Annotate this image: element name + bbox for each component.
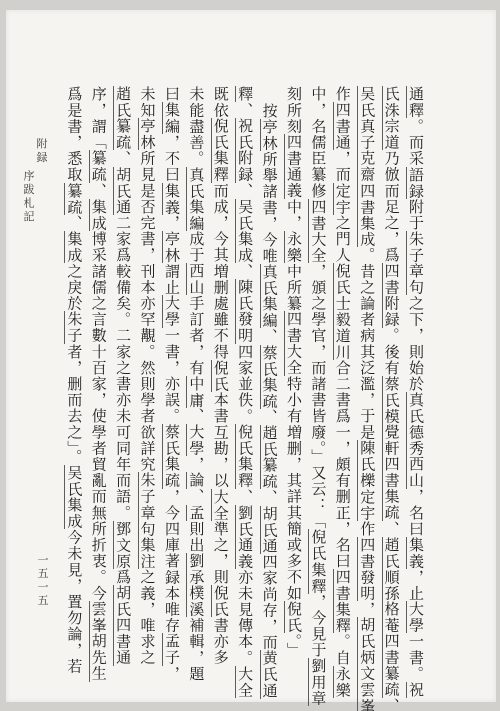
proper-name-segment: 劉氏 bbox=[235, 505, 252, 537]
proper-name-segment: 樸溪 bbox=[186, 585, 203, 617]
proper-name-segment: 永樂 bbox=[284, 231, 301, 263]
proper-name-segment: 纂疏 bbox=[89, 150, 106, 182]
proper-name-segment: 集編 bbox=[186, 199, 203, 231]
proper-name-segment: 四書大全 bbox=[308, 199, 325, 263]
text-segment: 、 bbox=[114, 150, 130, 166]
text-column: 氏洙宗道乃倣而足之，爲四書附録。後有蔡氏模覺軒四書集疏、趙氏順孫格菴四書纂疏、 bbox=[378, 86, 402, 710]
proper-name-segment: 集成 bbox=[235, 231, 252, 263]
text-segment: 、 bbox=[383, 521, 399, 537]
proper-name-segment: 集釋 bbox=[211, 150, 228, 182]
margin-subsection-label: 序跋札記 bbox=[20, 170, 36, 224]
text-segment: 。後有 bbox=[383, 328, 399, 376]
page-number: 一五一五 bbox=[34, 554, 50, 608]
proper-name-segment: 發明 bbox=[235, 311, 252, 343]
proper-name-segment: 倪氏 bbox=[211, 118, 228, 150]
proper-name-segment: 通 bbox=[113, 199, 130, 215]
proper-name-segment: 集注 bbox=[138, 537, 155, 569]
proper-name-segment: 真氏 bbox=[260, 264, 277, 296]
text-segment: 中所纂 bbox=[285, 263, 301, 311]
text-segment: 亦未見傳本。 bbox=[236, 569, 252, 666]
proper-name-segment: 朱子 bbox=[64, 311, 81, 343]
text-column: 未知亭林所見是否完書，刊本亦罕覯。然則學者欲詳究朱子章句集注之義，唯求之 bbox=[134, 86, 158, 710]
text-column: 刻所刻四書通義中，永樂中所纂四書大全特小有増删，其詳其簡或多不如倪氏。」 bbox=[281, 86, 305, 710]
text-segment: 、 bbox=[187, 489, 203, 505]
text-segment: 、 bbox=[187, 408, 203, 424]
proper-name-segment: 雲峯 bbox=[357, 682, 374, 711]
proper-name-segment: 胡先生 bbox=[89, 633, 106, 681]
scanned-book-page: 附録 序跋札記 一五一五 通釋。而采語録附于朱子章句之下，則始於真氏德秀西山，名… bbox=[6, 10, 496, 702]
proper-name-segment: 四書集成 bbox=[357, 183, 374, 247]
text-column: 未能盡善。真氏集編成于西山手訂者，有中庸、大學，論、孟則出劉承樸溪補輯，題 bbox=[183, 86, 207, 710]
text-segment: 未知 bbox=[139, 86, 155, 118]
proper-name-segment: 集釋 bbox=[308, 562, 325, 594]
text-segment: 按 bbox=[261, 103, 277, 119]
text-segment: 所見是否完書，刊本亦罕覯。然則學者欲詳究 bbox=[139, 150, 155, 472]
proper-name-segment: 纂疏 bbox=[260, 457, 277, 489]
text-column: 中，名儒臣纂修四書大全，頒之學官，而諸書皆廢。」又云：「倪氏集釋，今見于劉用章 bbox=[305, 86, 329, 710]
proper-name-segment: 蔡氏模 bbox=[382, 376, 399, 424]
proper-name-segment: 倪氏士毅 bbox=[333, 263, 350, 327]
text-segment: 、 bbox=[236, 183, 252, 199]
proper-name-segment: 趙氏 bbox=[113, 86, 130, 118]
text-segment: 而成，今其増删處雖不得 bbox=[212, 183, 228, 360]
proper-name-segment: 祝氏 bbox=[235, 118, 252, 150]
text-segment: 則出 bbox=[187, 521, 203, 553]
proper-name-segment: 四書附録 bbox=[382, 263, 399, 327]
proper-name-segment: 朱子 bbox=[138, 472, 155, 504]
text-column: 序，謂「纂疏、集成博采諸儒之言數十百家，使學者貿亂而無所折衷。今雲峯胡先生 bbox=[85, 86, 109, 710]
text-segment: 、 bbox=[383, 698, 399, 711]
text-segment: 刻所刻 bbox=[285, 86, 301, 134]
proper-name-segment: 纂疏 bbox=[64, 183, 81, 215]
proper-name-segment: 倪氏 bbox=[211, 585, 228, 617]
proper-name-segment: 集疏 bbox=[260, 377, 277, 409]
proper-name-segment: 胡氏 bbox=[260, 506, 277, 538]
text-segment: ， bbox=[163, 666, 179, 682]
text-segment: 曰 bbox=[163, 86, 179, 102]
text-segment: 既依 bbox=[212, 86, 228, 118]
proper-name-segment: 亭林 bbox=[138, 118, 155, 150]
text-segment: ， bbox=[163, 215, 179, 231]
proper-name-segment: 雲峯 bbox=[89, 601, 106, 633]
text-segment: 、 bbox=[261, 409, 277, 425]
proper-name-segment: 四書通 bbox=[333, 102, 350, 150]
proper-name-segment: 四書大全 bbox=[284, 311, 301, 375]
proper-name-segment: 真氏德秀 bbox=[406, 392, 423, 456]
text-column: 曰集編，不曰集義，亭林謂止大學一書，亦誤。蔡氏集疏，今四庫著録本唯存孟子， bbox=[159, 86, 183, 710]
proper-name-segment: 朱子 bbox=[406, 231, 423, 263]
text-segment: 中，名儒臣纂修 bbox=[309, 86, 325, 199]
text-column: 既依倪氏集釋而成，今其増删處雖不得倪氏本書互勘，以大全準之，則倪氏書亦多 bbox=[207, 86, 231, 710]
proper-name-segment: 通 bbox=[260, 683, 277, 699]
text-segment: ，名曰 bbox=[407, 489, 423, 537]
proper-name-segment: 大全 bbox=[235, 666, 252, 698]
text-segment: ，今見于 bbox=[309, 594, 325, 658]
vertical-text-block: 通釋。而采語録附于朱子章句之下，則始於真氏德秀西山，名曰集義，止大學一書。祝氏洙… bbox=[61, 86, 427, 710]
proper-name-segment: 亭林 bbox=[162, 231, 179, 263]
text-segment: 乃倣而足之，爲 bbox=[383, 150, 399, 263]
text-segment: 、 bbox=[236, 489, 252, 505]
text-segment: 謂止 bbox=[163, 263, 179, 295]
proper-name-segment: 吴氏真子 bbox=[357, 86, 374, 150]
text-segment: 之義，唯求之 bbox=[139, 569, 155, 666]
proper-name-segment: 倪氏 bbox=[284, 601, 301, 633]
proper-name-segment: 四書集釋 bbox=[333, 569, 350, 633]
text-segment: 、 bbox=[261, 489, 277, 505]
proper-name-segment: 集疏 bbox=[162, 456, 179, 488]
proper-name-segment: 集成 bbox=[64, 497, 81, 529]
proper-name-segment: 吴氏 bbox=[64, 465, 81, 497]
text-segment: 一書。 bbox=[407, 633, 423, 681]
text-segment: 準之，則 bbox=[212, 521, 228, 585]
text-segment: 。自 bbox=[334, 633, 350, 665]
proper-name-segment: 定宇 bbox=[333, 183, 350, 215]
proper-name-segment: 蔡氏 bbox=[260, 345, 277, 377]
proper-name-segment: 真氏 bbox=[186, 167, 203, 199]
proper-name-segment: 纂疏 bbox=[113, 118, 130, 150]
proper-name-segment: 集義 bbox=[162, 183, 179, 215]
proper-name-segment: 章句 bbox=[406, 263, 423, 295]
proper-name-segment: 釋 bbox=[235, 86, 252, 102]
text-segment: 、 bbox=[65, 215, 81, 231]
text-segment: ，不曰 bbox=[163, 134, 179, 182]
text-segment: 補輯，題 bbox=[187, 617, 203, 681]
proper-name-segment: 四書發明 bbox=[357, 537, 374, 601]
proper-name-segment: 通 bbox=[260, 538, 277, 554]
proper-name-segment: 倪氏 bbox=[308, 529, 325, 561]
text-column: 釋、祝氏附録、吴氏集成、陳氏發明四家並佚。倪氏集釋、劉氏通義亦未見傳本。大全 bbox=[232, 86, 256, 710]
proper-name-segment: 四書通 bbox=[113, 617, 130, 665]
text-segment: 者，删而去之」。 bbox=[65, 344, 81, 465]
text-segment: ，頒之學官，而諸書皆廢。」又云：「 bbox=[309, 263, 325, 529]
text-segment: 本書互勘，以 bbox=[212, 392, 228, 489]
proper-name-segment: 蔡氏 bbox=[162, 424, 179, 456]
proper-name-segment: 孟 bbox=[186, 505, 203, 521]
text-segment: ，止 bbox=[407, 569, 423, 601]
text-segment: 爲 bbox=[114, 569, 130, 585]
proper-name-segment: 集義 bbox=[406, 537, 423, 569]
text-segment: 未能盡善。 bbox=[187, 86, 203, 167]
text-segment: 成于 bbox=[187, 231, 203, 263]
proper-name-segment: 大學 bbox=[406, 601, 423, 633]
proper-name-segment: 西山 bbox=[406, 456, 423, 488]
text-segment: ， bbox=[358, 601, 374, 617]
proper-name-segment: 道川 bbox=[333, 328, 350, 360]
proper-name-segment: 西山 bbox=[186, 263, 203, 295]
text-segment: ，今四庫著録本唯存 bbox=[163, 489, 179, 634]
text-segment: 一書，亦誤。 bbox=[163, 328, 179, 425]
text-segment: ， bbox=[187, 456, 203, 472]
text-segment: ，而 bbox=[334, 150, 350, 182]
text-segment: 所舉諸書，今唯 bbox=[261, 151, 277, 264]
text-column: 吴氏真子克齋四書集成。昔之論者病其泛濫，于是陳氏櫟定宇作四書發明，胡氏炳文雲峯 bbox=[354, 86, 378, 710]
text-segment: 、 bbox=[236, 263, 252, 279]
proper-name-segment: 集編 bbox=[260, 296, 277, 328]
text-segment: 之戾於 bbox=[65, 263, 81, 311]
text-segment: 序，謂「 bbox=[90, 86, 106, 150]
text-segment: 四家並佚。 bbox=[236, 344, 252, 425]
proper-name-segment: 覺軒 bbox=[382, 424, 399, 456]
proper-name-segment: 胡氏炳文 bbox=[357, 617, 374, 681]
proper-name-segment: 倪氏 bbox=[211, 360, 228, 392]
proper-name-segment: 論 bbox=[186, 472, 203, 488]
text-segment: 特小有増删，其詳其簡或多不如 bbox=[285, 376, 301, 601]
text-segment: 之下，則始於 bbox=[407, 295, 423, 392]
text-segment: 中， bbox=[285, 199, 301, 231]
proper-name-segment: 四書集疏 bbox=[382, 456, 399, 520]
text-column: 爲是書，悉取纂疏、集成之戾於朱子者，删而去之」。吴氏集成今未見，置勿論，若 bbox=[61, 86, 85, 710]
text-segment: 博采諸儒之言數十百家，使學者貿亂而無所折衷。今 bbox=[90, 231, 106, 601]
text-segment: 附于 bbox=[407, 199, 423, 231]
proper-name-segment: 劉用章 bbox=[308, 658, 325, 706]
proper-name-segment: 克齋 bbox=[357, 150, 374, 182]
proper-name-segment: 大學 bbox=[162, 295, 179, 327]
proper-name-segment: 陳氏櫟 bbox=[357, 440, 374, 488]
text-segment: 二家爲較備矣。二家之書亦未可同年而語。 bbox=[114, 215, 130, 521]
proper-name-segment: 大全 bbox=[211, 489, 228, 521]
proper-name-segment: 祝 bbox=[406, 682, 423, 698]
proper-name-segment: 章句 bbox=[138, 505, 155, 537]
text-segment: 。昔之論者病其泛濫，于是 bbox=[358, 247, 374, 440]
proper-name-segment: 倪氏 bbox=[235, 424, 252, 456]
proper-name-segment: 集成 bbox=[64, 231, 81, 263]
text-segment: 手訂者，有 bbox=[187, 295, 203, 376]
proper-name-segment: 孟子 bbox=[162, 633, 179, 665]
proper-name-segment: 氏洙 bbox=[382, 86, 399, 118]
text-segment: 。」 bbox=[285, 633, 301, 658]
proper-name-segment: 集釋 bbox=[235, 456, 252, 488]
text-segment: 、 bbox=[90, 183, 106, 199]
proper-name-segment: 大學 bbox=[186, 424, 203, 456]
proper-name-segment: 黄氏 bbox=[260, 650, 277, 682]
proper-name-segment: 吴氏 bbox=[235, 199, 252, 231]
text-column: 通釋。而采語録附于朱子章句之下，則始於真氏德秀西山，名曰集義，止大學一書。祝 bbox=[403, 86, 427, 710]
proper-name-segment: 附録 bbox=[235, 150, 252, 182]
proper-name-segment: 胡氏 bbox=[113, 585, 130, 617]
proper-name-segment: 集編 bbox=[162, 102, 179, 134]
proper-name-segment: 集成 bbox=[89, 199, 106, 231]
proper-name-segment: 胡氏 bbox=[113, 167, 130, 199]
proper-name-segment: 四書纂疏 bbox=[382, 633, 399, 697]
text-segment: 合二書爲一，頗有删正，名曰 bbox=[334, 360, 350, 569]
proper-name-segment: 語録 bbox=[406, 167, 423, 199]
text-segment: 四家尚存，而 bbox=[261, 554, 277, 651]
text-segment: 、 bbox=[236, 102, 252, 118]
proper-name-segment: 四書通義 bbox=[284, 134, 301, 198]
text-segment: 爲是書，悉取 bbox=[65, 86, 81, 183]
proper-name-segment: 宗道 bbox=[382, 118, 399, 150]
text-segment: 。而采 bbox=[407, 118, 423, 166]
proper-name-segment: 陳氏 bbox=[235, 279, 252, 311]
proper-name-segment: 趙氏 bbox=[260, 425, 277, 457]
text-segment: 作 bbox=[358, 521, 374, 537]
text-column: 按亭林所舉諸書，今唯真氏集編、蔡氏集疏、趙氏纂疏、胡氏通四家尚存，而黄氏通 bbox=[256, 86, 280, 710]
text-column: 作四書通，而定宇之門人倪氏士毅道川合二書爲一，頗有删正，名曰四書集釋。自永樂 bbox=[329, 86, 353, 710]
proper-name-segment: 通義 bbox=[235, 537, 252, 569]
text-segment: 之門人 bbox=[334, 215, 350, 263]
text-segment: 、 bbox=[261, 328, 277, 344]
text-segment: 書亦多 bbox=[212, 617, 228, 665]
proper-name-segment: 定宇 bbox=[357, 489, 374, 521]
text-segment: 今未見，置勿論，若 bbox=[65, 529, 81, 674]
proper-name-segment: 亭林 bbox=[260, 119, 277, 151]
proper-name-segment: 通釋 bbox=[406, 86, 423, 118]
proper-name-segment: 劉承 bbox=[186, 553, 203, 585]
text-segment: 作 bbox=[334, 86, 350, 102]
proper-name-segment: 鄧文原 bbox=[113, 521, 130, 569]
margin-section-label: 附録 bbox=[33, 138, 49, 165]
proper-name-segment: 中庸 bbox=[186, 376, 203, 408]
proper-name-segment: 格菴 bbox=[382, 601, 399, 633]
proper-name-segment: 永樂 bbox=[333, 666, 350, 698]
text-column: 趙氏纂疏、胡氏通二家爲較備矣。二家之書亦未可同年而語。鄧文原爲胡氏四書通 bbox=[110, 86, 134, 710]
proper-name-segment: 趙氏順孫 bbox=[382, 537, 399, 601]
